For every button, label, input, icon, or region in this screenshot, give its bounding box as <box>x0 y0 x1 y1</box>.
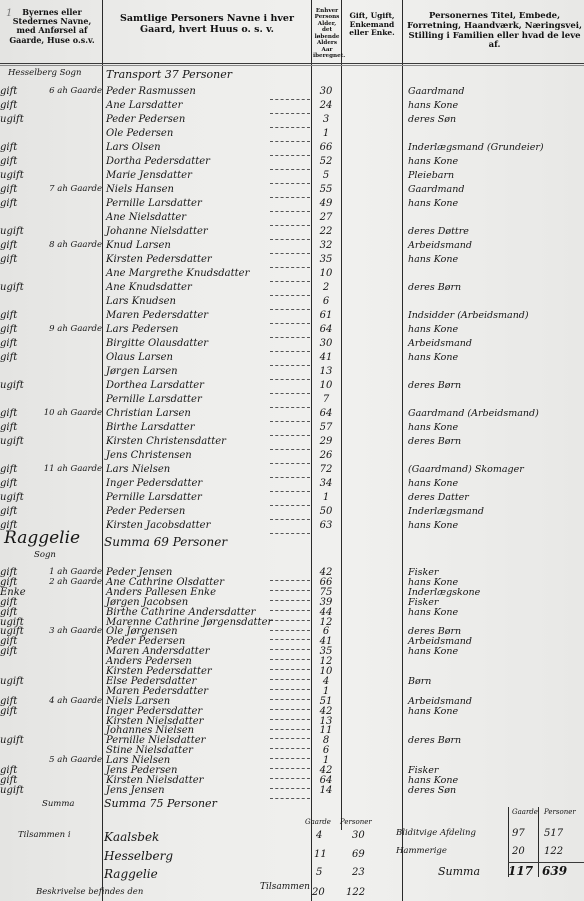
person-name: Jens Jensen <box>106 785 165 796</box>
occupation: hans Kone <box>408 324 458 335</box>
section-place-sub: Sogn <box>34 550 56 560</box>
civil-status: gift <box>0 142 17 153</box>
civil-status: gift <box>0 352 17 363</box>
person-name: Dortha Pedersdatter <box>106 156 210 167</box>
occupation: deres Børn <box>408 282 461 293</box>
person-age: 1 <box>313 492 339 503</box>
occupation: Gaardmand <box>408 184 464 195</box>
person-name: Ane Nielsdatter <box>106 212 186 223</box>
occupation: hans Kone <box>408 352 458 363</box>
civil-status: ugift <box>0 170 24 181</box>
person-age: 14 <box>313 785 339 796</box>
civil-status: ugift <box>0 492 24 503</box>
person-name: Peder Pedersen <box>106 506 185 517</box>
person-name: Olaus Larsen <box>106 352 173 363</box>
civil-status: ugift <box>0 226 24 237</box>
occupation: deres Børn <box>408 380 461 391</box>
person-name: Jørgen Larsen <box>106 366 178 377</box>
civil-status: gift <box>0 254 17 265</box>
person-age: 10 <box>313 268 339 279</box>
person-name: Knud Larsen <box>106 240 171 251</box>
header-age: Enhver Persons Alder, det løbende Alders… <box>313 8 341 59</box>
person-age: 50 <box>313 506 339 517</box>
person-age: 49 <box>313 198 339 209</box>
district-label: Bliditvige Afdeling <box>396 828 476 838</box>
household-label: 7 ah Gaarde <box>10 184 102 194</box>
person-name: Peder Rasmussen <box>106 86 196 97</box>
person-age: 72 <box>313 464 339 475</box>
district-divider <box>538 807 539 877</box>
person-name: Pernille Larsdatter <box>106 198 202 209</box>
person-name: Maren Pedersdatter <box>106 310 208 321</box>
occupation: deres Døttre <box>408 226 469 237</box>
header-rule-2 <box>0 65 584 66</box>
person-name: Lars Knudsen <box>106 296 176 307</box>
section-summa: Summa 69 Personer <box>104 535 227 549</box>
occupation: hans Kone <box>408 100 458 111</box>
person-age: 63 <box>313 520 339 531</box>
totals-place: Hesselberg <box>104 849 173 863</box>
person-age: 7 <box>313 394 339 405</box>
occupation: Gaardmand <box>408 86 464 97</box>
person-name: Ole Pedersen <box>106 128 173 139</box>
person-name: Kirsten Jacobsdatter <box>106 520 210 531</box>
person-name: Birthe Larsdatter <box>106 422 195 433</box>
civil-status: gift <box>0 464 17 475</box>
final-label: Beskrivelse befindes den <box>36 887 143 897</box>
person-age: 29 <box>313 436 339 447</box>
person-age: 41 <box>313 352 339 363</box>
person-name: Kirsten Pedersdatter <box>106 254 212 265</box>
section-place: Raggelie <box>4 528 80 548</box>
table-row: Kirsten Jacobsdatter63gifthans Kone <box>0 520 584 538</box>
civil-status: gift <box>0 338 17 349</box>
person-name: Johanne Nielsdatter <box>106 226 208 237</box>
person-age: 64 <box>313 408 339 419</box>
occupation: Inderlægsmand <box>408 506 484 517</box>
occupation: hans Kone <box>408 254 458 265</box>
district-label: Hammerige <box>396 846 447 856</box>
civil-status: gift <box>0 310 17 321</box>
occupation: Gaardmand (Arbeidsmand) <box>408 408 539 419</box>
civil-status: ugift <box>0 282 24 293</box>
totals-houses: 4 <box>316 830 322 841</box>
header-civil-status: Gift, Ugift, Enkemand eller Enke. <box>342 12 402 38</box>
district-summa-label: Summa <box>438 865 480 878</box>
census-page: 1 Byernes eller Stedernes Navne, med Anf… <box>0 0 584 901</box>
header-names: Samtlige Personers Navne i hver Gaard, h… <box>104 14 310 36</box>
occupation: hans Kone <box>408 156 458 167</box>
totals-persons: 69 <box>352 849 365 860</box>
person-age: 26 <box>313 450 339 461</box>
person-name: Lars Pedersen <box>106 324 178 335</box>
final-note: Tilsammen <box>260 882 310 892</box>
household-label: 4 ah Gaarde <box>10 696 102 706</box>
section-summa: Summa 75 Personer <box>104 797 217 810</box>
civil-status: gift <box>0 408 17 419</box>
person-name: Peder Pedersen <box>106 114 185 125</box>
totals-col-persons: Personer <box>340 818 372 826</box>
person-age: 52 <box>313 156 339 167</box>
header-occupation: Personernes Titel, Embede, Forretning, H… <box>405 12 584 51</box>
person-name: Marie Jensdatter <box>106 170 192 181</box>
civil-status: gift <box>0 422 17 433</box>
summa-label: Summa <box>42 799 75 809</box>
civil-status: ugift <box>0 436 24 447</box>
household-label: 1 ah Gaarde <box>10 567 102 577</box>
person-age: 10 <box>313 380 339 391</box>
person-age: 34 <box>313 478 339 489</box>
occupation: hans Kone <box>408 520 458 531</box>
row-rule <box>270 798 310 800</box>
civil-status: gift <box>0 156 17 167</box>
person-age: 64 <box>313 324 339 335</box>
person-age: 61 <box>313 310 339 321</box>
section-place: Hesselberg Sogn <box>8 68 81 78</box>
household-label: 2 ah Gaarde <box>10 577 102 587</box>
occupation: (Gaardmand) Skomager <box>408 464 524 475</box>
household-label: 11 ah Gaarde <box>10 464 102 474</box>
occupation: Indsidder (Arbeidsmand) <box>408 310 529 321</box>
occupation: hans Kone <box>408 422 458 433</box>
table-row: Jens Jensen14ugiftderes Søn <box>0 785 584 803</box>
person-name: Lars Nielsen <box>106 464 170 475</box>
civil-status: gift <box>0 86 17 97</box>
totals-place: Kaalsbek <box>104 830 159 844</box>
person-name: Lars Olsen <box>106 142 161 153</box>
person-name: Jens Christensen <box>106 450 192 461</box>
civil-status: gift <box>0 198 17 209</box>
occupation: Arbeidsmand <box>408 338 472 349</box>
district-houses: 20 <box>512 846 525 857</box>
district-persons: 517 <box>544 828 563 839</box>
person-name: Birgitte Olausdatter <box>106 338 208 349</box>
occupation: Pleiebarn <box>408 170 454 181</box>
civil-status: gift <box>0 100 17 111</box>
household-label: 8 ah Gaarde <box>10 240 102 250</box>
person-name: Inger Pedersdatter <box>106 478 202 489</box>
person-name: Ane Knudsdatter <box>106 282 192 293</box>
civil-status: ugift <box>0 785 24 796</box>
civil-status: gift <box>0 184 17 195</box>
totals-houses: 11 <box>314 849 327 860</box>
totals-houses: 5 <box>316 867 322 878</box>
household-label: 10 ah Gaarde <box>10 408 102 418</box>
person-age: 6 <box>313 296 339 307</box>
person-age: 24 <box>313 100 339 111</box>
civil-status: ugift <box>0 114 24 125</box>
totals-persons: 30 <box>352 830 365 841</box>
person-name: Kirsten Christensdatter <box>106 436 226 447</box>
occupation: hans Kone <box>408 478 458 489</box>
person-age: 30 <box>313 338 339 349</box>
person-age: 13 <box>313 366 339 377</box>
person-name: Pernille Larsdatter <box>106 492 202 503</box>
person-age: 2 <box>313 282 339 293</box>
civil-status: ugift <box>0 380 24 391</box>
district-summa-houses: 117 <box>508 864 533 878</box>
household-label: 9 ah Gaarde <box>10 324 102 334</box>
district-houses: 97 <box>512 828 525 839</box>
district-persons: 122 <box>544 846 563 857</box>
civil-status: gift <box>0 240 17 251</box>
occupation: Inderlægsmand (Grundeier) <box>408 142 544 153</box>
person-age: 3 <box>313 114 339 125</box>
person-age: 57 <box>313 422 339 433</box>
occupation: Arbeidsmand <box>408 240 472 251</box>
person-name: Ane Larsdatter <box>106 100 182 111</box>
final-houses: 20 <box>312 887 325 898</box>
transport-line: Transport 37 Personer <box>106 68 232 81</box>
person-age: 5 <box>313 170 339 181</box>
person-name: Niels Hansen <box>106 184 174 195</box>
person-age: 32 <box>313 240 339 251</box>
person-age: 66 <box>313 142 339 153</box>
totals-place: Raggelie <box>104 867 158 881</box>
occupation: deres Søn <box>408 114 456 125</box>
civil-status: gift <box>0 506 17 517</box>
civil-status: gift <box>0 478 17 489</box>
district-col-persons: Personer <box>544 808 576 816</box>
header-rule <box>0 63 584 64</box>
person-name: Ane Margrethe Knudsdatter <box>106 268 249 279</box>
occupation: hans Kone <box>408 198 458 209</box>
household-label: 5 ah Gaarde <box>10 755 102 765</box>
totals-col-houses: Gaarde <box>305 818 331 826</box>
totals-persons: 23 <box>352 867 365 878</box>
person-age: 1 <box>313 128 339 139</box>
person-name: Christian Larsen <box>106 408 191 419</box>
occupation: deres Børn <box>408 436 461 447</box>
person-age: 35 <box>313 254 339 265</box>
civil-status: gift <box>0 324 17 335</box>
person-name: Pernille Larsdatter <box>106 394 202 405</box>
person-age: 22 <box>313 226 339 237</box>
person-age: 55 <box>313 184 339 195</box>
household-label: 6 ah Gaarde <box>10 86 102 96</box>
final-persons: 122 <box>346 887 365 898</box>
row-rule <box>270 533 310 535</box>
totals-label: Tilsammen i <box>18 830 71 840</box>
occupation: deres Søn <box>408 785 456 796</box>
district-summa-persons: 639 <box>542 864 567 878</box>
occupation: deres Datter <box>408 492 469 503</box>
person-age: 27 <box>313 212 339 223</box>
person-name: Dorthea Larsdatter <box>106 380 204 391</box>
header-place: Byernes eller Stedernes Navne, med Anfør… <box>4 8 100 45</box>
person-age: 30 <box>313 86 339 97</box>
district-col-houses: Gaarde <box>512 808 538 816</box>
district-rule <box>508 862 584 863</box>
